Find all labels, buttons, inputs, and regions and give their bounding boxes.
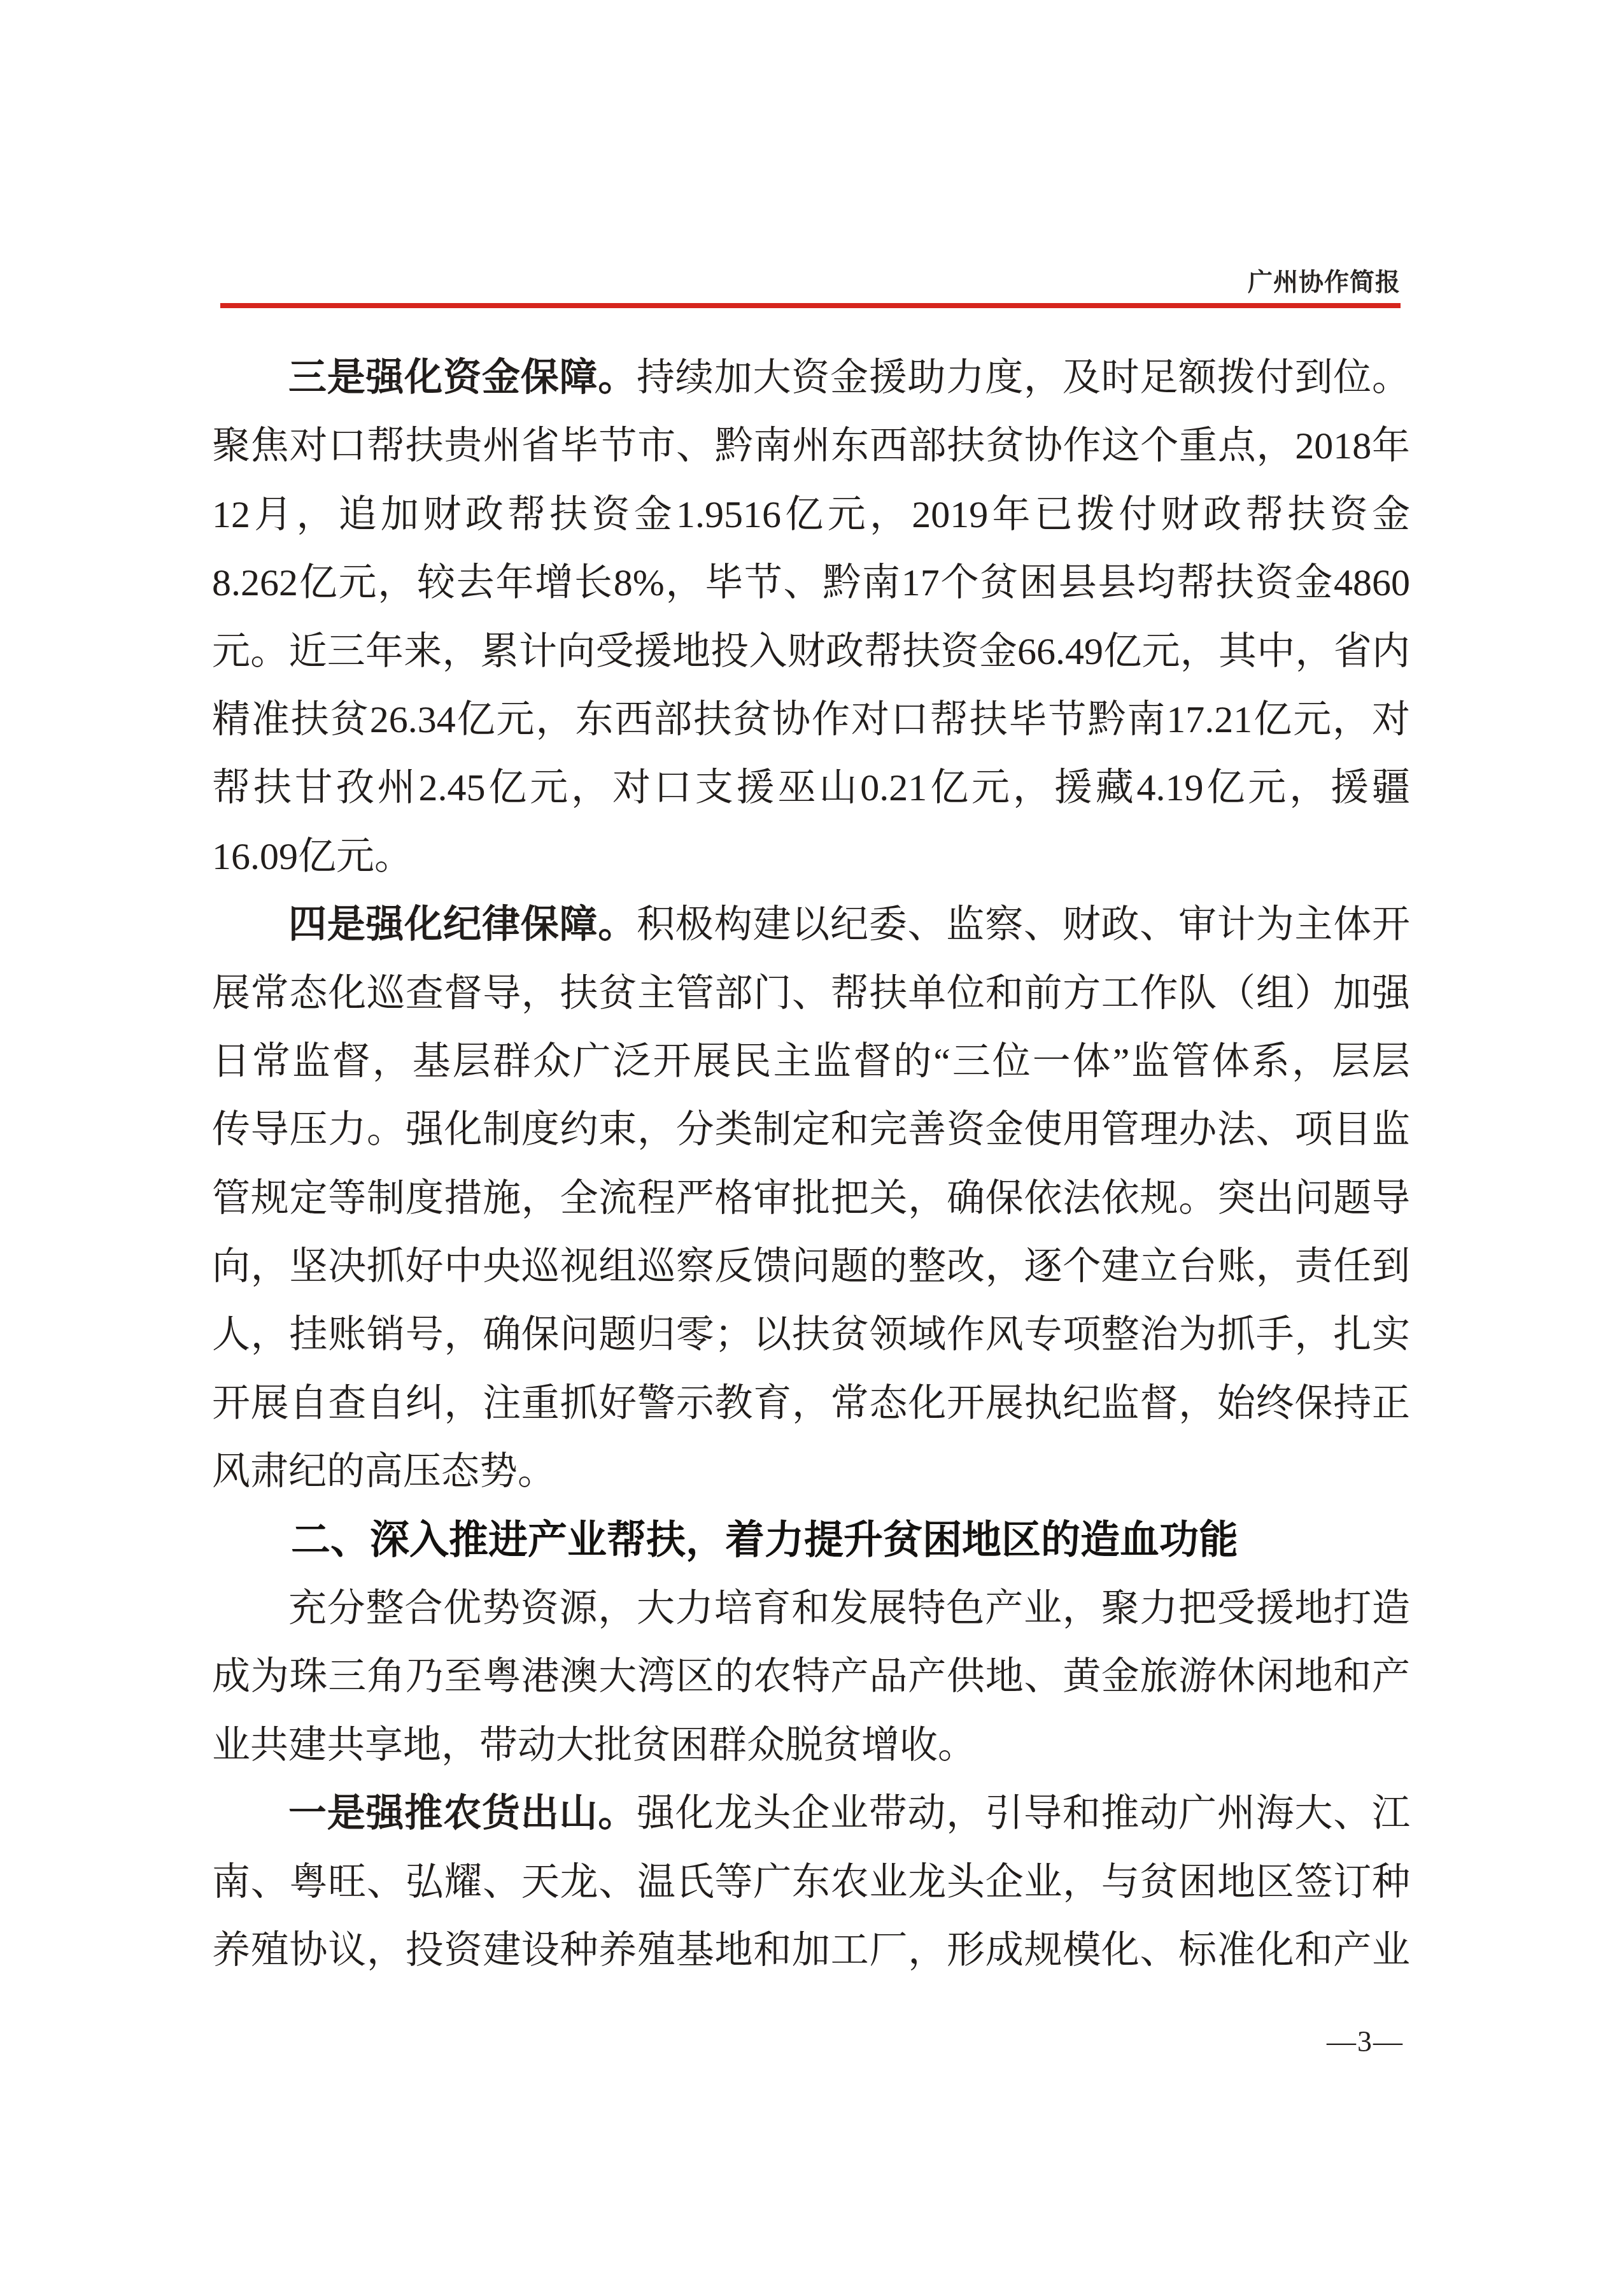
paragraph: 充分整合优势资源，大力培育和发展特色产业，聚力把受援地打造成为珠三角乃至粤港澳大…	[212, 1574, 1410, 1779]
text-line: 三是强化资金保障。持续加大资金援助力度，及时足额拨付到位。	[212, 344, 1410, 412]
text-line: 业共建共享地，带动大批贫困群众脱贫增收。	[212, 1711, 1410, 1779]
text-line: 传导压力。强化制度约束，分类制定和完善资金使用管理办法、项目监	[212, 1096, 1410, 1164]
text-line: 开展自查自纠，注重抓好警示教育，常态化开展执纪监督，始终保持正	[212, 1369, 1410, 1438]
document-header-title: 广州协作简报	[1248, 262, 1401, 298]
text-line: 充分整合优势资源，大力培育和发展特色产业，聚力把受援地打造	[212, 1574, 1410, 1643]
document-page: 广州协作简报 三是强化资金保障。持续加大资金援助力度，及时足额拨付到位。聚焦对口…	[0, 0, 1624, 2278]
header-rule	[220, 303, 1401, 308]
text-line: 成为珠三角乃至粤港澳大湾区的农特产品产供地、黄金旅游休闲地和产	[212, 1643, 1410, 1711]
paragraph-lead: 四是强化纪律保障。	[288, 903, 637, 945]
text-line: 南、粤旺、弘耀、天龙、温氏等广东农业龙头企业，与贫困地区签订种	[212, 1848, 1410, 1916]
text-line: 聚焦对口帮扶贵州省毕节市、黔南州东西部扶贫协作这个重点，2018年	[212, 412, 1410, 480]
text-line: 精准扶贫26.34亿元，东西部扶贫协作对口帮扶毕节黔南17.21亿元，对口	[212, 686, 1410, 754]
text-line: 元。近三年来，累计向受援地投入财政帮扶资金66.49亿元，其中，省内	[212, 618, 1410, 686]
paragraph: 一是强推农货出山。强化龙头企业带动，引导和推动广州海大、江南、粤旺、弘耀、天龙、…	[212, 1779, 1410, 1984]
text-line: 16.09亿元。	[212, 823, 1410, 891]
text-line: 管规定等制度措施，全流程严格审批把关，确保依法依规。突出问题导	[212, 1164, 1410, 1233]
document-body: 三是强化资金保障。持续加大资金援助力度，及时足额拨付到位。聚焦对口帮扶贵州省毕节…	[212, 344, 1410, 1984]
text-line: 日常监督，基层群众广泛开展民主监督的“三位一体”监管体系，层层	[212, 1028, 1410, 1096]
paragraph-lead: 三是强化资金保障。	[288, 357, 637, 399]
paragraph: 四是强化纪律保障。积极构建以纪委、监察、财政、审计为主体开展常态化巡查督导，扶贫…	[212, 891, 1410, 1506]
text-line: 12月，追加财政帮扶资金1.9516亿元，2019年已拨付财政帮扶资金	[212, 481, 1410, 549]
section-heading: 二、深入推进产业帮扶，着力提升贫困地区的造血功能	[212, 1506, 1410, 1574]
text-line: 帮扶甘孜州2.45亿元，对口支援巫山0.21亿元，援藏4.19亿元，援疆	[212, 754, 1410, 822]
text-line: 8.262亿元，较去年增长8%，毕节、黔南17个贫困县县均帮扶资金4860万	[212, 549, 1410, 617]
text-line: 养殖协议，投资建设种养殖基地和加工厂，形成规模化、标准化和产业	[212, 1916, 1410, 1984]
text-line: 向，坚决抓好中央巡视组巡察反馈问题的整改，逐个建立台账，责任到	[212, 1233, 1410, 1301]
page-number: —3—	[1327, 2025, 1404, 2058]
text-line: 四是强化纪律保障。积极构建以纪委、监察、财政、审计为主体开	[212, 891, 1410, 959]
text-line: 展常态化巡查督导，扶贫主管部门、帮扶单位和前方工作队（组）加强	[212, 959, 1410, 1028]
paragraph-lead: 一是强推农货出山。	[288, 1792, 637, 1834]
paragraph: 三是强化资金保障。持续加大资金援助力度，及时足额拨付到位。聚焦对口帮扶贵州省毕节…	[212, 344, 1410, 891]
text-line: 一是强推农货出山。强化龙头企业带动，引导和推动广州海大、江	[212, 1779, 1410, 1848]
text-line: 人，挂账销号，确保问题归零；以扶贫领域作风专项整治为抓手，扎实	[212, 1301, 1410, 1369]
text-line: 风肃纪的高压态势。	[212, 1438, 1410, 1506]
